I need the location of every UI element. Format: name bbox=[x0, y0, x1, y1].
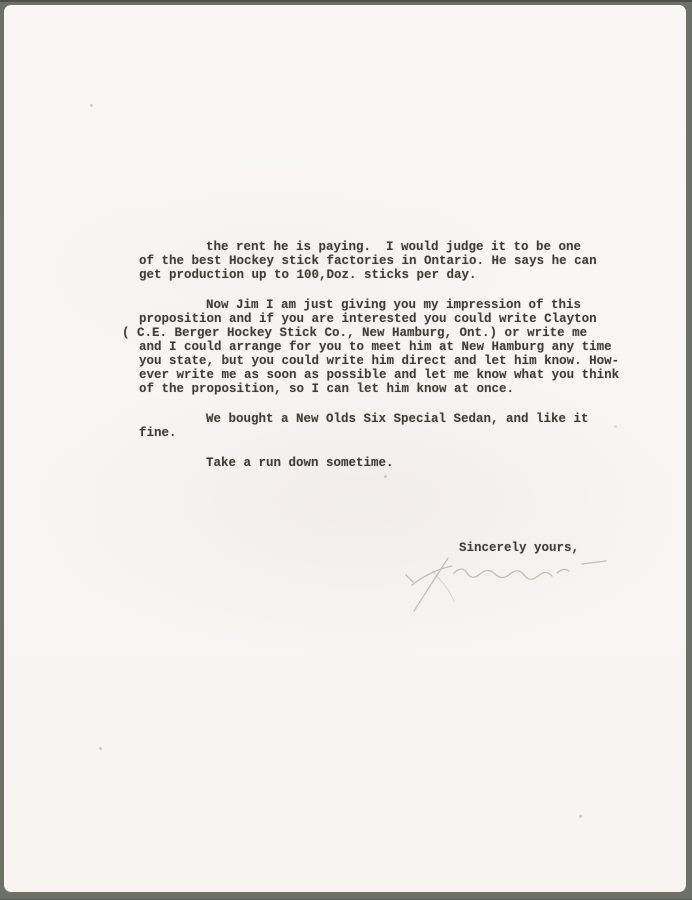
paper-speck bbox=[614, 425, 617, 428]
letter-line: We bought a New Olds Six Special Sedan, … bbox=[139, 412, 639, 426]
letter-line: ever write me as soon as possible and le… bbox=[139, 368, 639, 382]
paper-speck bbox=[384, 475, 387, 478]
letter-line: Now Jim I am just giving you my impressi… bbox=[139, 298, 639, 312]
handwritten-signature bbox=[392, 551, 630, 615]
letter-line: and I could arrange for you to meet him … bbox=[139, 340, 639, 354]
letter-body: the rent he is paying. I would judge it … bbox=[139, 240, 639, 470]
letter-line: Take a run down sometime. bbox=[139, 456, 639, 470]
letter-page: the rent he is paying. I would judge it … bbox=[4, 5, 686, 892]
letter-line: fine. bbox=[139, 426, 639, 440]
letter-line: ( C.E. Berger Hockey Stick Co., New Hamb… bbox=[122, 326, 639, 340]
paragraph: We bought a New Olds Six Special Sedan, … bbox=[139, 412, 639, 440]
paragraph: Take a run down sometime. bbox=[139, 456, 639, 470]
letter-line: of the proposition, so I can let him kno… bbox=[139, 382, 639, 396]
paper-speck bbox=[90, 104, 93, 107]
paragraph: Now Jim I am just giving you my impressi… bbox=[139, 298, 639, 396]
paper-speck bbox=[99, 747, 102, 750]
letter-line: proposition and if you are interested yo… bbox=[139, 312, 639, 326]
letter-line: of the best Hockey stick factories in On… bbox=[139, 254, 639, 268]
letter-line: you state, but you could write him direc… bbox=[139, 354, 639, 368]
letter-line: the rent he is paying. I would judge it … bbox=[139, 240, 639, 254]
scan-border: the rent he is paying. I would judge it … bbox=[0, 0, 692, 900]
paragraph: the rent he is paying. I would judge it … bbox=[139, 240, 639, 282]
paper-speck bbox=[579, 815, 582, 818]
letter-line: get production up to 100,Doz. sticks per… bbox=[139, 268, 639, 282]
